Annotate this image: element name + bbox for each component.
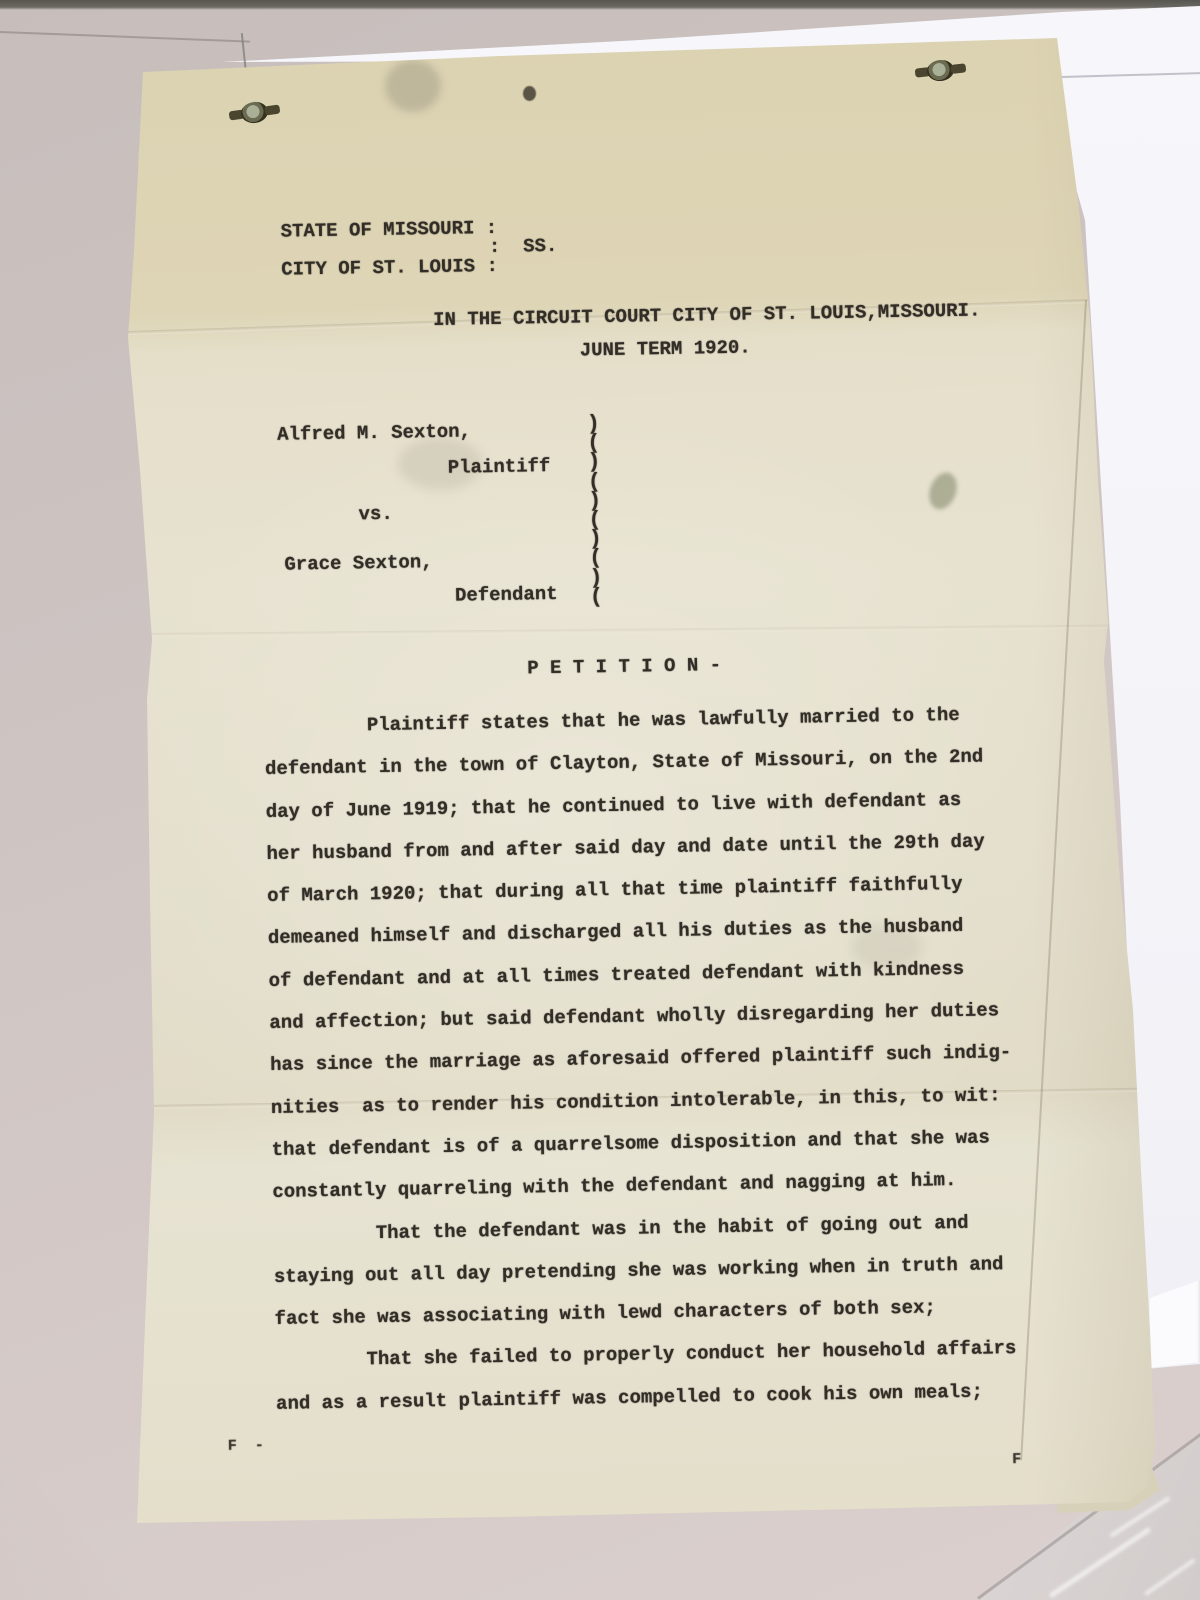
defendant-name: Grace Sexton, bbox=[284, 551, 433, 576]
stray-mark-bottom-left: F - bbox=[228, 1437, 264, 1455]
petition-title: P E T I T I O N - bbox=[527, 654, 721, 679]
petition-body-text: Plaintiff states that he was lawfully ma… bbox=[264, 693, 1018, 1425]
defendant-role-label: Defendant bbox=[455, 583, 558, 607]
typewritten-text-layer: STATE OF MISSOURI : : SS. CITY OF ST. LO… bbox=[0, 0, 1200, 1600]
term-heading: JUNE TERM 1920. bbox=[580, 336, 751, 361]
plaintiff-role-label: Plaintiff bbox=[448, 455, 551, 479]
venue-ss-line: : SS. bbox=[489, 235, 558, 258]
photo-of-court-document: STATE OF MISSOURI : : SS. CITY OF ST. LO… bbox=[0, 0, 1200, 1600]
venue-city-line: CITY OF ST. LOUIS : bbox=[281, 255, 498, 281]
venue-state-line: STATE OF MISSOURI : bbox=[280, 217, 497, 243]
photo-top-edge bbox=[0, 0, 1200, 10]
court-heading: IN THE CIRCUIT COURT CITY OF ST. LOUIS,M… bbox=[433, 299, 981, 331]
stray-mark-bottom-right: F bbox=[1012, 1451, 1021, 1468]
plaintiff-name: Alfred M. Sexton, bbox=[277, 420, 471, 445]
document-paper: STATE OF MISSOURI : : SS. CITY OF ST. LO… bbox=[0, 0, 1200, 1600]
versus-label: vs. bbox=[358, 503, 393, 526]
caption-bracket-column: ) ( ) ( ) ( ) ( ) ( bbox=[587, 415, 603, 607]
